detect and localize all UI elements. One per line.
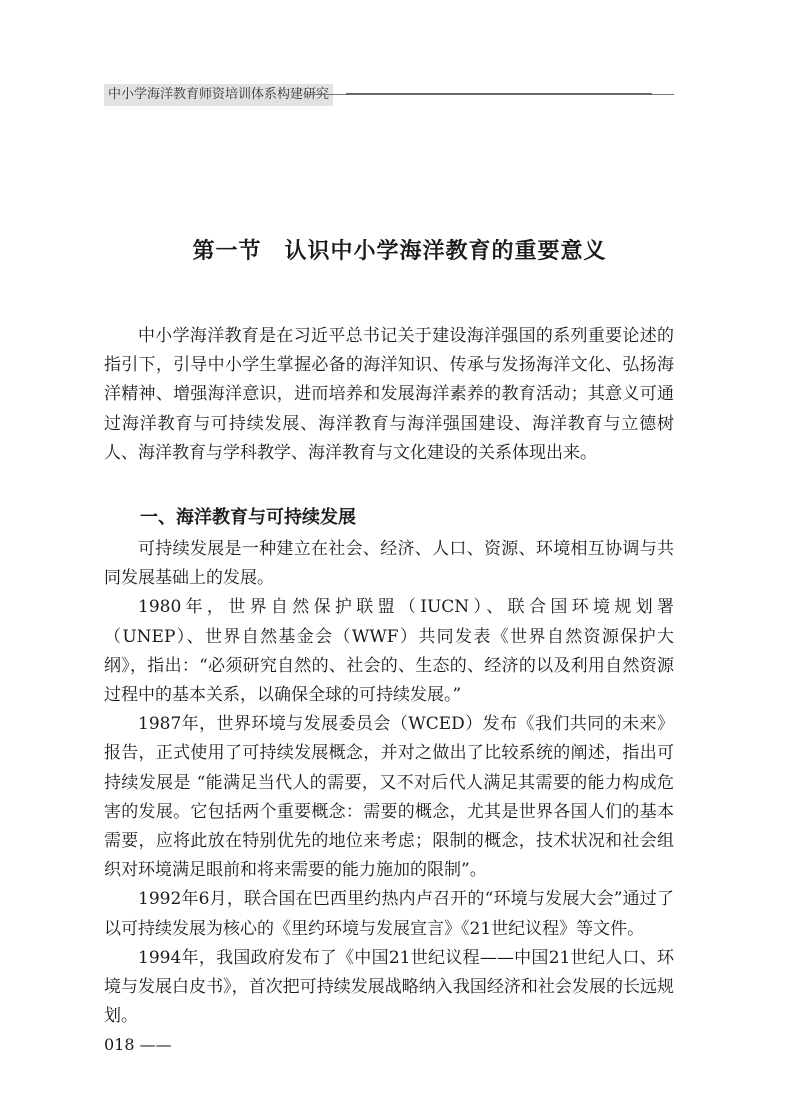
paragraph: 1994年，我国政府发布了《中国21世纪议程——中国21世纪人口、环境与发展白皮… [104, 944, 674, 1032]
header-rule-thick [346, 93, 652, 95]
paragraph: 可持续发展是一种建立在社会、经济、人口、资源、环境相互协调与共同发展基础上的发展… [104, 535, 674, 593]
intro-paragraph: 中小学海洋教育是在习近平总书记关于建设海洋强国的系列重要论述的指引下，引导中小学… [104, 322, 674, 468]
paragraph: 1980年，世界自然保护联盟（IUCN）、联合国环境规划署（UNEP）、世界自然… [104, 593, 674, 710]
running-title: 中小学海洋教育师资培训体系构建研究 [104, 84, 333, 106]
section-title: 第一节 认识中小学海洋教育的重要意义 [0, 234, 799, 265]
paragraph: 1992年6月，联合国在巴西里约热内卢召开的“环境与发展大会”通过了以可持续发展… [104, 885, 674, 943]
paragraph: 1987年，世界环境与发展委员会（WCED）发布《我们共同的未来》报告，正式使用… [104, 710, 674, 885]
subsection-title: 一、海洋教育与可持续发展 [140, 503, 356, 529]
page-number: 018 —— [104, 1035, 172, 1054]
intro-block: 中小学海洋教育是在习近平总书记关于建设海洋强国的系列重要论述的指引下，引导中小学… [104, 322, 674, 468]
running-header: 中小学海洋教育师资培训体系构建研究 [104, 84, 674, 108]
body-block: 可持续发展是一种建立在社会、经济、人口、资源、环境相互协调与共同发展基础上的发展… [104, 535, 674, 1031]
